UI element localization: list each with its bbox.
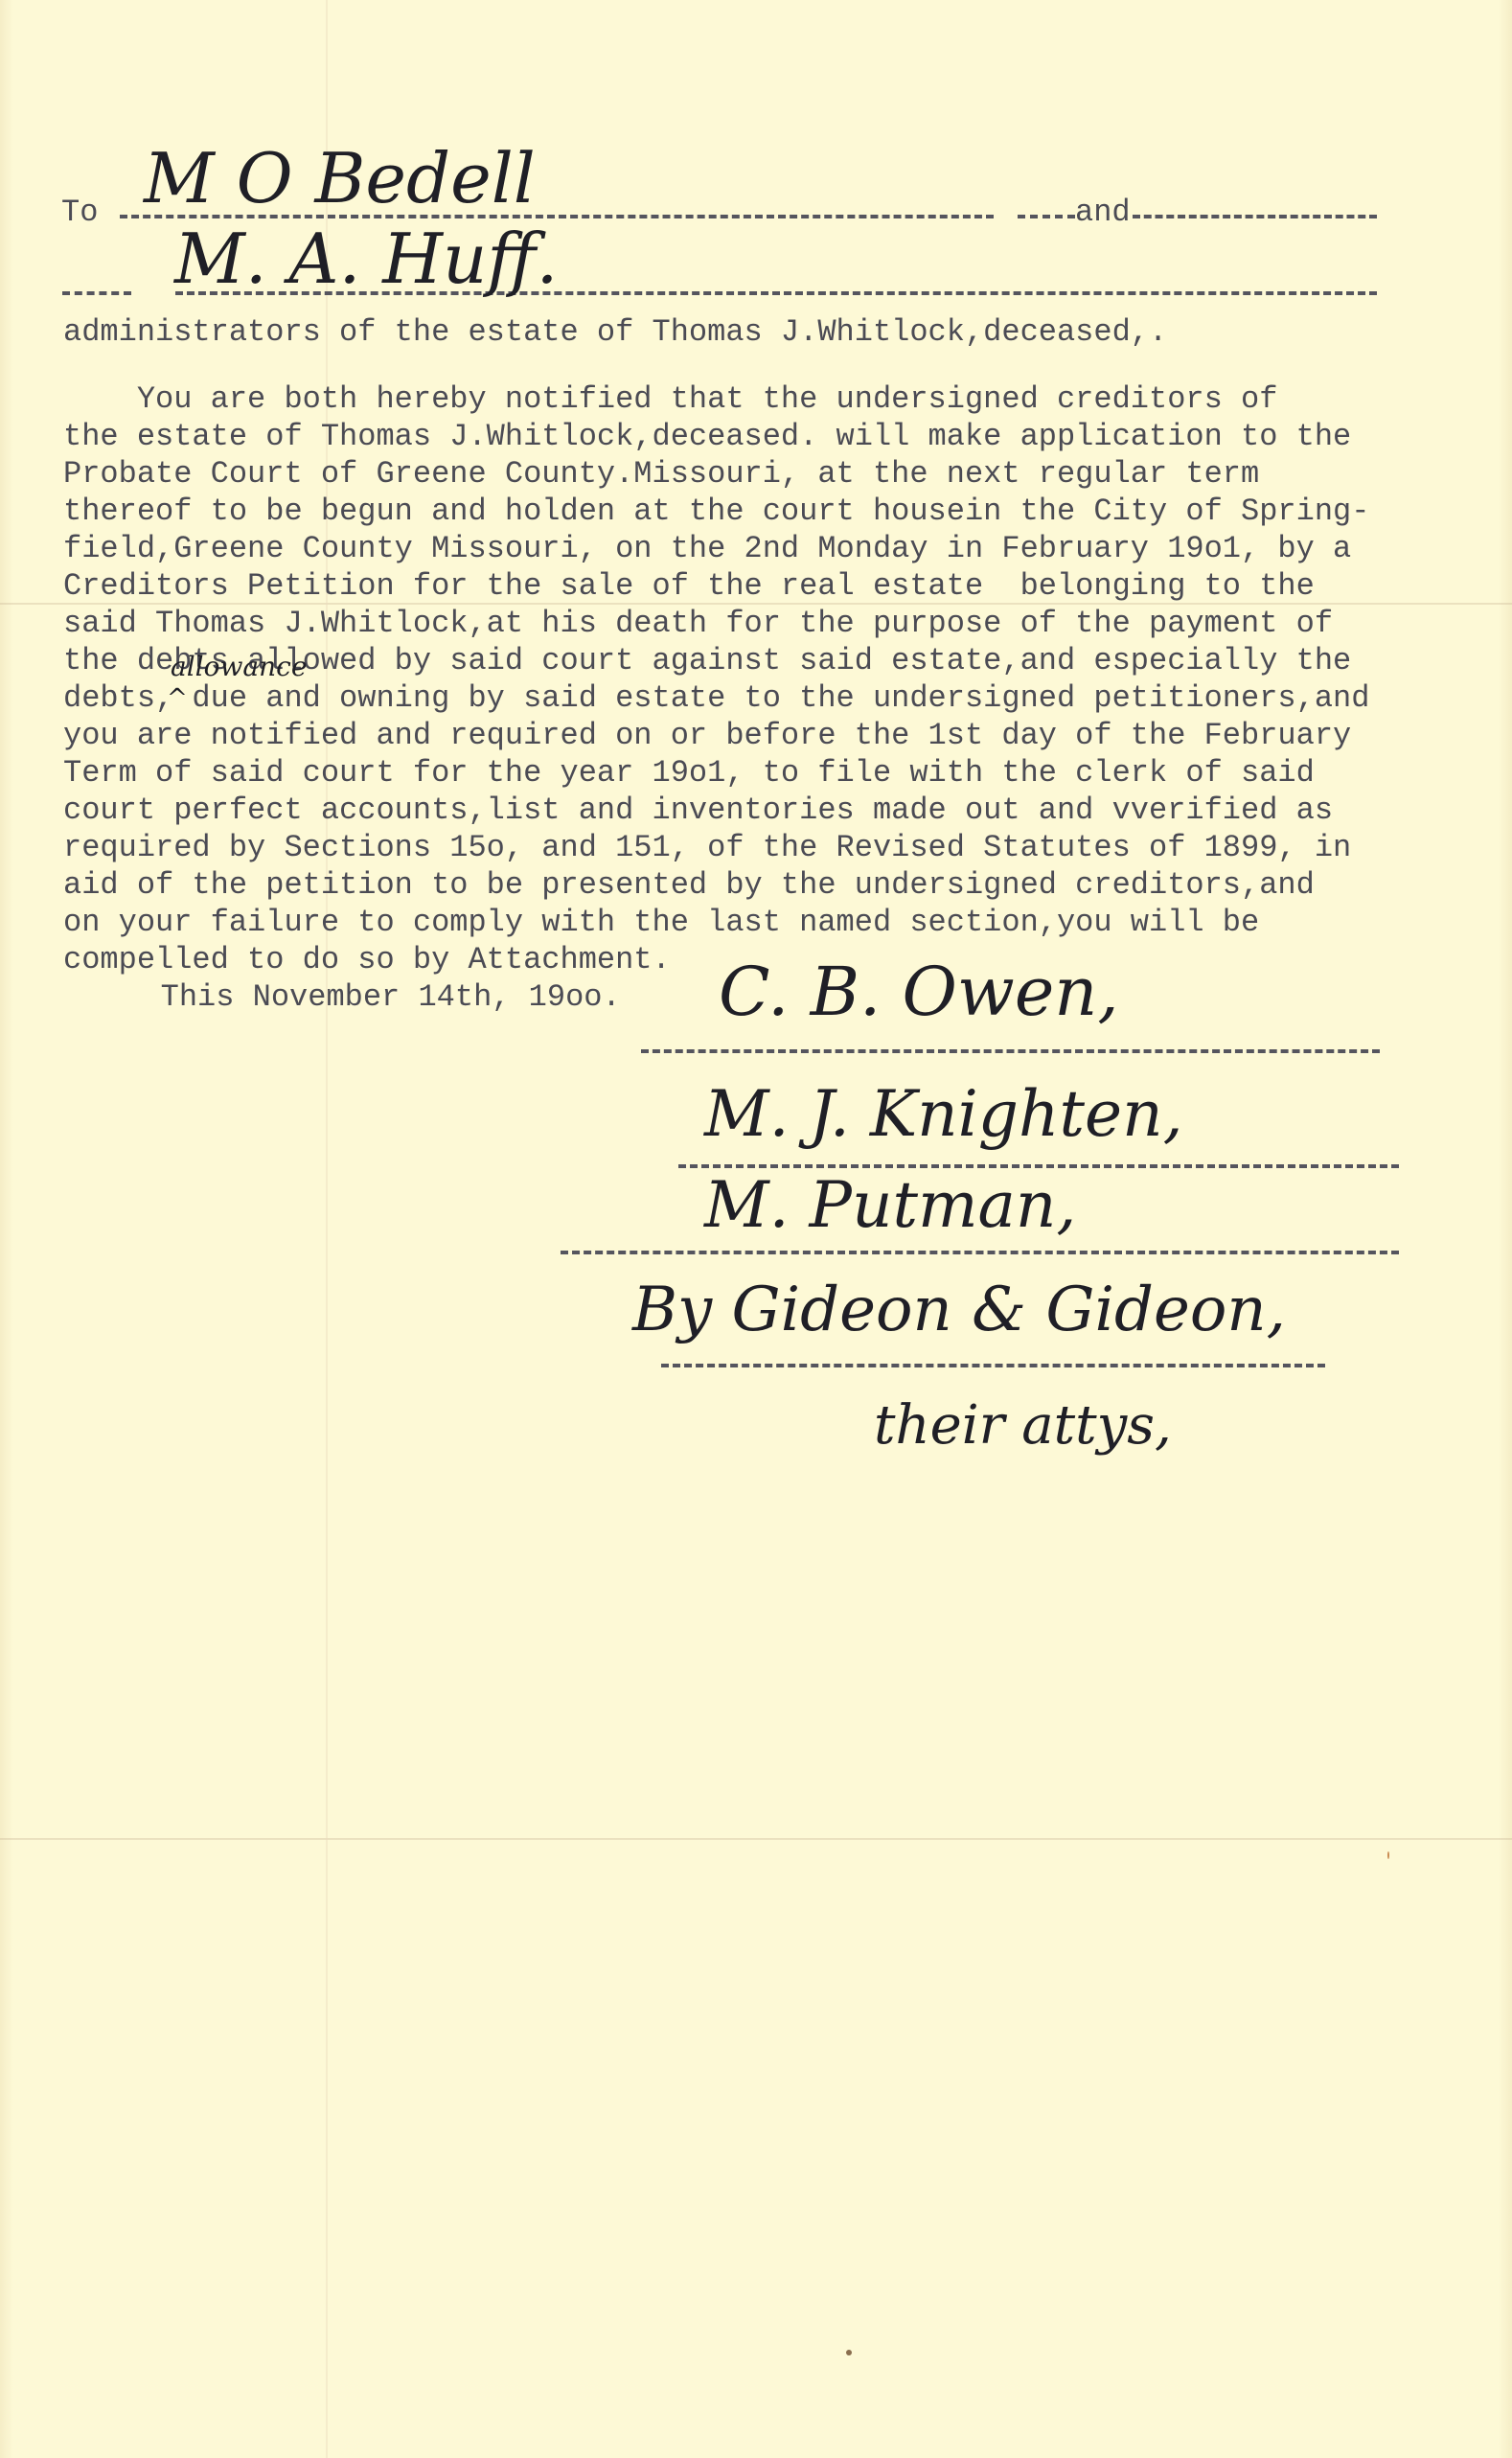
- recipient-2-signature: M. A. Huff.: [174, 224, 558, 293]
- fold-line-vertical: [326, 0, 328, 2458]
- handwritten-insertion: allowance: [171, 654, 307, 680]
- insertion-caret-icon: ^: [167, 686, 188, 711]
- paper-speck: [1387, 1851, 1389, 1859]
- paper-speck: [846, 2350, 852, 2355]
- body-line: aid of the petition to be presented by t…: [63, 870, 1315, 901]
- body-line: you are notified and required on or befo…: [63, 721, 1351, 751]
- body-line: You are both hereby notified that the un…: [63, 384, 1277, 415]
- body-line: thereof to be begun and holden at the co…: [63, 496, 1369, 527]
- document-page: To and M O Bedell M. A. Huff. administra…: [0, 0, 1512, 2458]
- body-line: field,Greene County Missouri, on the 2nd…: [63, 534, 1351, 564]
- post-and-dashes: [1133, 215, 1377, 218]
- signature-c-b-owen: C. B. Owen,: [719, 958, 1119, 1025]
- body-line: Probate Court of Greene County.Missouri,…: [63, 459, 1259, 490]
- body-line: required by Sections 15o, and 151, of th…: [63, 833, 1351, 863]
- signature-line-3: [561, 1251, 1399, 1254]
- body-line: Term of said court for the year 19o1, to…: [63, 758, 1315, 789]
- body-line: debts, due and owning by said estate to …: [63, 683, 1369, 714]
- recipient-1-signature: M O Bedell: [144, 144, 536, 213]
- attorneys-note: their attys,: [874, 1399, 1172, 1453]
- signature-gideon-and-gideon: By Gideon & Gideon,: [632, 1279, 1286, 1341]
- recipient-2-lead-dashes: [62, 291, 131, 295]
- administrators-line: administrators of the estate of Thomas J…: [63, 317, 1167, 348]
- body-line: the estate of Thomas J.Whitlock,deceased…: [63, 422, 1351, 452]
- date-line: This November 14th, 19oo.: [105, 982, 621, 1013]
- fold-line-lower: [0, 1838, 1512, 1840]
- to-label: To: [61, 197, 98, 228]
- signature-line-1: [641, 1049, 1380, 1053]
- pre-and-dashes: [1018, 215, 1075, 218]
- signature-line-4: [661, 1364, 1325, 1367]
- and-label: and: [1075, 197, 1131, 228]
- body-line: said Thomas J.Whitlock,at his death for …: [63, 609, 1333, 639]
- body-line: Creditors Petition for the sale of the r…: [63, 571, 1315, 602]
- signature-m-putman: M. Putman,: [704, 1174, 1076, 1237]
- body-line: court perfect accounts,list and inventor…: [63, 795, 1333, 826]
- signature-m-j-knighten: M. J. Knighten,: [704, 1083, 1183, 1146]
- body-line: compelled to do so by Attachment.: [63, 945, 671, 976]
- body-line: on your failure to comply with the last …: [63, 907, 1259, 938]
